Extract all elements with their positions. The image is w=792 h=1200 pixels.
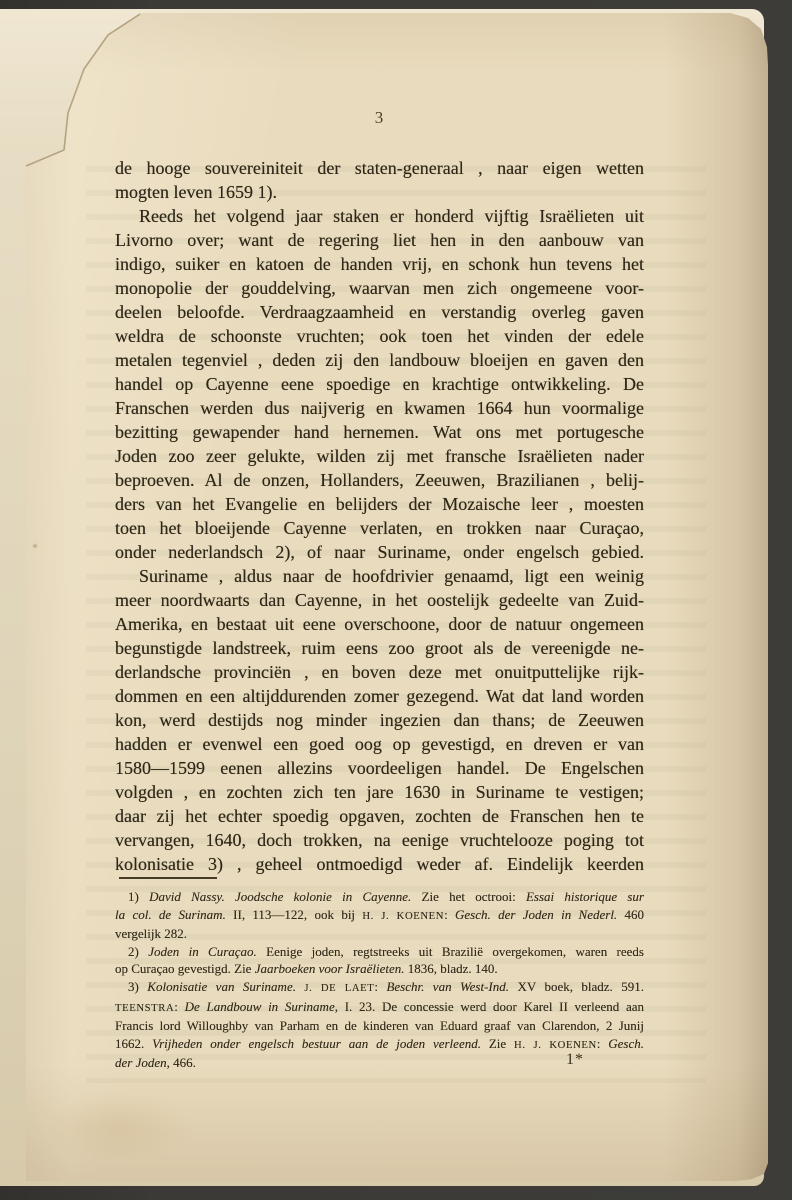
footnote-run: Kolonisatie van Suriname.: [147, 979, 296, 994]
footnote-run: Eenige joden, regtstreeks uit Brazilië o…: [257, 944, 644, 959]
text-line: monopolie der gouddelving, waarvan men z…: [115, 276, 644, 300]
text-line: Suriname , aldus naar de hoofdrivier gen…: [115, 564, 644, 588]
text-line: metalen tegenviel , deden zij den landbo…: [115, 348, 644, 372]
text-line: toen het bloeijende Cayenne verlaten, en…: [115, 516, 644, 540]
text-line: onder nederlandsch 2), of naar Suriname,…: [115, 540, 644, 564]
footnote-run: 1662.: [115, 1036, 152, 1051]
text-line: bezitting gewapender hand hernemen. Wat …: [115, 420, 644, 444]
stain: [32, 543, 38, 549]
footnote-line: la col. de Surinam. II, 113—122, ook bij…: [115, 906, 644, 926]
footnote-line: 2) Joden in Curaçao. Eenige joden, regts…: [115, 943, 644, 961]
text-line: weldra de schoonste vruchten; ook toen h…: [115, 324, 644, 348]
text-line: mogten leven 1659 1).: [115, 180, 644, 204]
text-line: beproeven. Al de onzen, Hollanders, Zeeu…: [115, 468, 644, 492]
footnote-run: De Landbouw in Suriname: [185, 999, 335, 1014]
footnote-line: op Curaçao gevestigd. Zie Jaarboeken voo…: [115, 960, 644, 978]
footnote-run: J. DE LAET: [304, 983, 374, 994]
footnote-run: op Curaçao gevestigd. Zie: [115, 961, 255, 976]
text-line: Reeds het volgend jaar staken er honderd…: [115, 204, 644, 228]
text-line: vervangen, 1640, doch trokken, na eenige…: [115, 828, 644, 852]
page-number: 3: [115, 108, 644, 128]
scan-background: 3 de hooge souvereiniteit der staten-gen…: [0, 0, 792, 1200]
footnote-line: 3) Kolonisatie van Suriname. J. DE LAET:…: [115, 978, 644, 998]
footnote-run: Beschr. van West-Ind.: [386, 979, 509, 994]
footnote-run: Zie het octrooi:: [411, 889, 526, 904]
text-line: Amerika, en bestaat uit eene overschoone…: [115, 612, 644, 636]
footnote-run: :: [597, 1036, 608, 1051]
signature-mark: 1*: [566, 1051, 584, 1069]
text-line: deelen beloofde. Verdraagzaamheid en ver…: [115, 300, 644, 324]
text-line: derlandsche provinciën , en boven deze m…: [115, 660, 644, 684]
footnote-run: II, 113—122, ook bij: [226, 907, 363, 922]
footnote-run: Vrijheden onder engelsch bestuur aan de …: [152, 1036, 481, 1051]
footnote-run: Essai historique sur: [526, 889, 644, 904]
footnote-run: 1836, bladz. 140.: [405, 961, 498, 976]
stain: [44, 1093, 194, 1163]
footnote-run: 2): [128, 944, 148, 959]
text-line: ders van het Evangelie en belijders der …: [115, 492, 644, 516]
footnote-run: 1): [128, 889, 149, 904]
text-line: dommen en een altijddurenden zomer gezeg…: [115, 684, 644, 708]
footnotes: 1) David Nassy. Joodsche kolonie in Caye…: [115, 888, 644, 1072]
text-line: hadden er evenwel een goed oog op gevest…: [115, 732, 644, 756]
footnote-run: :: [174, 999, 184, 1014]
text-line: kolonisatie 3) , geheel ontmoedigd weder…: [115, 852, 644, 876]
text-line: kon, werd destijds nog minder ingezien d…: [115, 708, 644, 732]
text-line: handel op Cayenne eene spoedige en krach…: [115, 372, 644, 396]
footnote-run: Joden in Curaçao.: [148, 944, 257, 959]
text-line: daar zij het echter spoedig opgaven, zoc…: [115, 804, 644, 828]
footnote-run: Francis lord Willoughby van Parham en de…: [115, 1018, 644, 1033]
footnote-run: XV boek, bladz. 591.: [509, 979, 644, 994]
footnote-line: Francis lord Willoughby van Parham en de…: [115, 1017, 644, 1035]
book-page: 3 de hooge souvereiniteit der staten-gen…: [26, 13, 768, 1181]
footnote-run: :: [374, 979, 386, 994]
text-line: Franschen werden dus naijverig en kwamen…: [115, 396, 644, 420]
footnote-separator: [119, 877, 217, 879]
footnote-line: 1) David Nassy. Joodsche kolonie in Caye…: [115, 888, 644, 906]
footnote-line: vergelijk 282.: [115, 925, 644, 943]
footnote-run: , 466.: [167, 1055, 196, 1070]
footnote-run: la col. de Surinam.: [115, 907, 226, 922]
footnote-run: , I. 23. De concessie werd door Karel II…: [335, 999, 644, 1014]
footnote-run: :: [444, 907, 455, 922]
footnote-run: der Joden: [115, 1055, 167, 1070]
footnote-run: Gesch. der Joden in Nederl.: [455, 907, 617, 922]
text-line: indigo, suiker en katoen de handen vrij,…: [115, 252, 644, 276]
footnote-run: vergelijk 282.: [115, 926, 187, 941]
text-line: Livorno over; want de regering liet hen …: [115, 228, 644, 252]
footnote-run: Jaarboeken voor Israëlieten.: [255, 961, 405, 976]
footnote-line: TEENSTRA: De Landbouw in Suriname, I. 23…: [115, 998, 644, 1018]
footnote-run: H. J. KOENEN: [362, 911, 444, 922]
footnote-run: David Nassy. Joodsche kolonie in Cayenne…: [149, 889, 411, 904]
text-line: Joden zoo zeer gelukte, wilden zij met f…: [115, 444, 644, 468]
footnote-run: H. J. KOENEN: [514, 1040, 597, 1051]
text-line: volgden , en zochten zich ten jare 1630 …: [115, 780, 644, 804]
footnote-run: TEENSTRA: [115, 1003, 174, 1014]
text-line: de hooge souvereiniteit der staten-gener…: [115, 156, 644, 180]
body-text: de hooge souvereiniteit der staten-gener…: [115, 156, 644, 876]
footnote-run: Gesch.: [608, 1036, 644, 1051]
footnote-run: 460: [617, 907, 644, 922]
footnote-line: 1662. Vrijheden onder engelsch bestuur a…: [115, 1035, 644, 1055]
footnote-run: Zie: [481, 1036, 514, 1051]
text-line: meer noordwaarts dan Cayenne, in het oos…: [115, 588, 644, 612]
footnote-line: der Joden, 466.: [115, 1054, 644, 1072]
text-line: 1580—1599 eenen allezins voordeeligen ha…: [115, 756, 644, 780]
footnote-run: 3): [128, 979, 147, 994]
text-line: begunstigde landstreek, ruim eens zoo gr…: [115, 636, 644, 660]
